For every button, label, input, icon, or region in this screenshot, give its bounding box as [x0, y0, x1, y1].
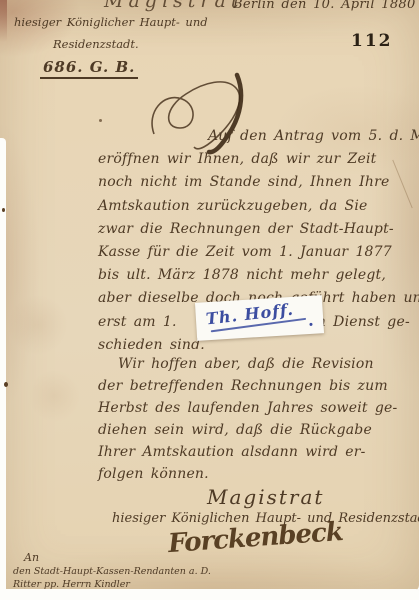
handwritten-line: Wir hoffen aber, daß die Revision [98, 353, 397, 375]
scan-bed-bottom-edge [0, 589, 419, 600]
body-paragraph-2: Wir hoffen aber, daß die Revisionder bet… [98, 353, 397, 485]
place-and-date: Berlin den 10. April 1880 [233, 0, 419, 12]
handwritten-line: Herbst des laufenden Jahres soweit ge- [98, 397, 397, 419]
handwritten-line: Auf den Antrag vom 5. d. M. [98, 125, 419, 148]
handwritten-line: eröffnen wir Ihnen, daß wir zur Zeit [98, 148, 419, 171]
reference-number: 686. G. B. [40, 58, 138, 79]
issuer-subtitle-line2: Residenzstadt. [53, 37, 139, 51]
address-line: An [24, 551, 39, 564]
corner-smudge [0, 0, 7, 42]
paper-speck [2, 208, 5, 212]
stamped-page-number: 112 [351, 31, 393, 51]
address-line: den Stadt-Haupt-Kassen-Rendanten a. D. [13, 566, 211, 577]
closing-title: Magistrat [207, 485, 324, 509]
handwritten-line: Amtskaution zurückzugeben, da Sie [98, 195, 419, 218]
paper-speck [99, 119, 102, 122]
handwritten-line: Ihrer Amtskaution alsdann wird er- [98, 441, 397, 463]
paper-speck [4, 382, 8, 387]
pasted-paper-slip: Th. Hoff. [195, 295, 324, 341]
handwritten-line: der betreffenden Rechnungen bis zum [98, 375, 397, 397]
handwritten-line: noch nicht im Stande sind, Ihnen Ihre [98, 171, 419, 194]
handwritten-line: Kasse für die Zeit vom 1. Januar 1877 [98, 241, 419, 264]
issuer-title: Magistrat [104, 0, 243, 12]
handwritten-line: diehen sein wird, daß die Rückgabe [98, 419, 397, 441]
address-line: Ritter pp. Herrn Kindler [13, 579, 130, 590]
handwritten-line: bis ult. März 1878 nicht mehr gelegt, [98, 264, 419, 287]
handwritten-line: folgen können. [98, 463, 397, 485]
issuer-subtitle-line1: hiesiger Königlicher Haupt- und [14, 15, 208, 29]
handwritten-line: zwar die Rechnungen der Stadt-Haupt- [98, 218, 419, 241]
slip-signature-dot [309, 323, 312, 326]
document-scan: Magistrat Berlin den 10. April 1880 hies… [0, 0, 419, 600]
